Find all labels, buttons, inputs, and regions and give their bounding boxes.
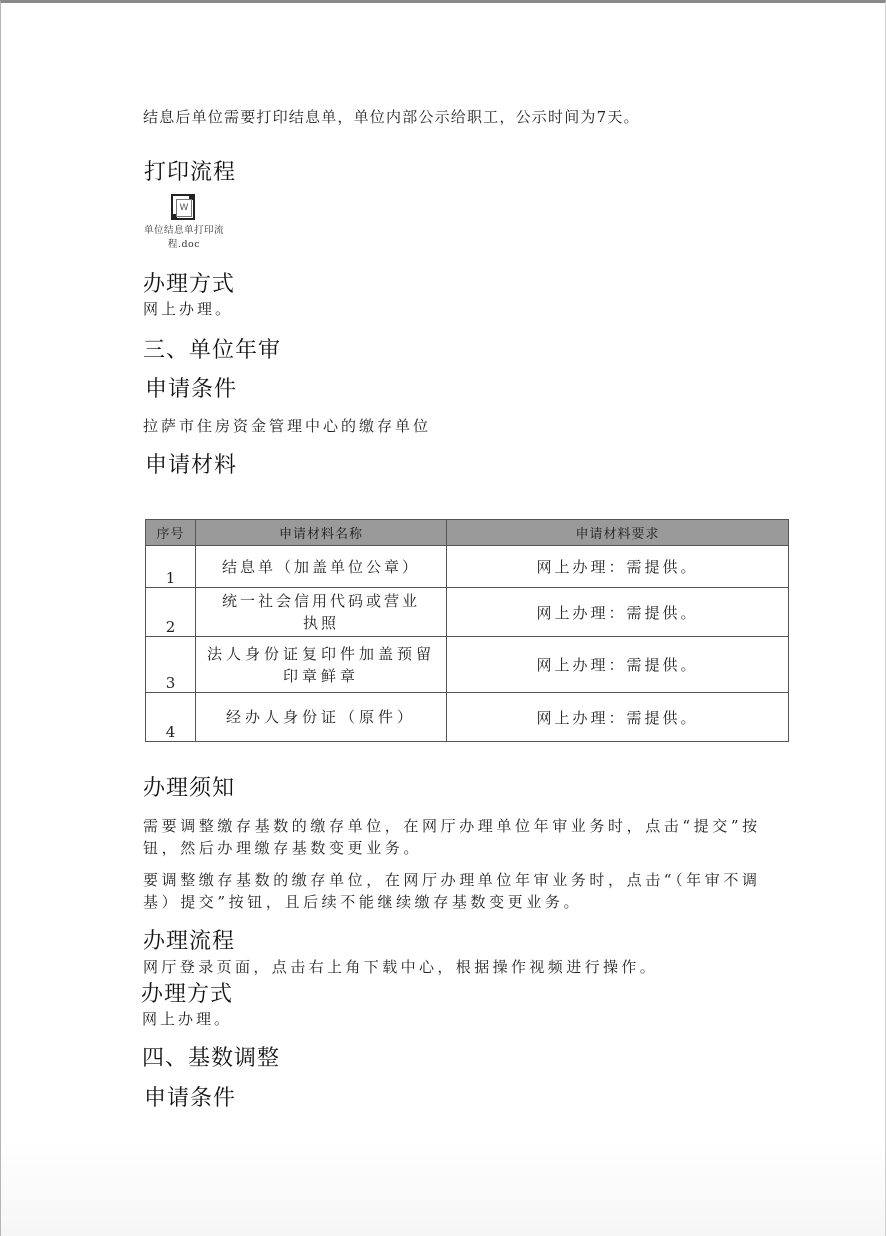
section-3-title: 三、单位年审 <box>143 333 281 364</box>
row-no: 3 <box>146 637 196 693</box>
header-requirement: 申请材料要求 <box>447 520 789 546</box>
row-requirement: 网上办理：需提供。 <box>447 693 789 742</box>
process-heading: 办理流程 <box>143 924 235 955</box>
table-row: 4 经办人身份证（原件） 网上办理：需提供。 <box>146 693 789 742</box>
row-name: 经办人身份证（原件） <box>196 693 447 742</box>
method-heading: 办理方式 <box>143 267 235 298</box>
materials-heading: 申请材料 <box>145 448 237 479</box>
row-no: 2 <box>146 588 196 637</box>
header-name: 申请材料名称 <box>196 520 447 546</box>
row-requirement: 网上办理：需提供。 <box>447 588 789 637</box>
row-name: 法人身份证复印件加盖预留印章鲜章 <box>196 637 447 693</box>
notice-heading: 办理须知 <box>143 771 235 802</box>
section-4-title: 四、基数调整 <box>142 1041 280 1072</box>
filename-line-2: 程.doc <box>136 238 232 252</box>
materials-table: 序号 申请材料名称 申请材料要求 1 结息单（加盖单位公章） 网上办理：需提供。… <box>145 519 789 742</box>
row-requirement: 网上办理：需提供。 <box>447 637 789 693</box>
notice-paragraph-2: 要调整缴存基数的缴存单位，在网厅办理单位年审业务时，点击“（年审不调基）提交”按… <box>143 869 769 913</box>
table-header-row: 序号 申请材料名称 申请材料要求 <box>146 520 789 546</box>
process-text: 网厅登录页面，点击右上角下载中心，根据操作视频进行操作。 <box>143 956 658 977</box>
conditions-heading: 申请条件 <box>145 372 237 403</box>
word-doc-icon[interactable]: W <box>171 194 195 220</box>
row-name: 结息单（加盖单位公章） <box>196 546 447 588</box>
table-row: 1 结息单（加盖单位公章） 网上办理：需提供。 <box>146 546 789 588</box>
word-glyph: W <box>176 199 192 217</box>
row-no: 1 <box>146 546 196 588</box>
print-process-heading: 打印流程 <box>144 155 236 186</box>
section-4-conditions-heading: 申请条件 <box>144 1081 236 1112</box>
method-text: 网上办理。 <box>143 298 233 319</box>
method-heading-2: 办理方式 <box>141 977 233 1008</box>
table-row: 2 统一社会信用代码或营业执照 网上办理：需提供。 <box>146 588 789 637</box>
header-no: 序号 <box>146 520 196 546</box>
conditions-text: 拉萨市住房资金管理中心的缴存单位 <box>143 415 431 436</box>
row-no: 4 <box>146 693 196 742</box>
filename-line-1: 单位结息单打印流 <box>136 224 232 238</box>
attachment-filename[interactable]: 单位结息单打印流 程.doc <box>136 224 232 252</box>
intro-text: 结息后单位需要打印结息单，单位内部公示给职工，公示时间为7天。 <box>143 106 640 127</box>
row-name: 统一社会信用代码或营业执照 <box>196 588 447 637</box>
table-row: 3 法人身份证复印件加盖预留印章鲜章 网上办理：需提供。 <box>146 637 789 693</box>
method-text-2: 网上办理。 <box>142 1008 232 1029</box>
row-requirement: 网上办理：需提供。 <box>447 546 789 588</box>
notice-paragraph-1: 需要调整缴存基数的缴存单位，在网厅办理单位年审业务时，点击“提交”按钮，然后办理… <box>143 815 769 859</box>
